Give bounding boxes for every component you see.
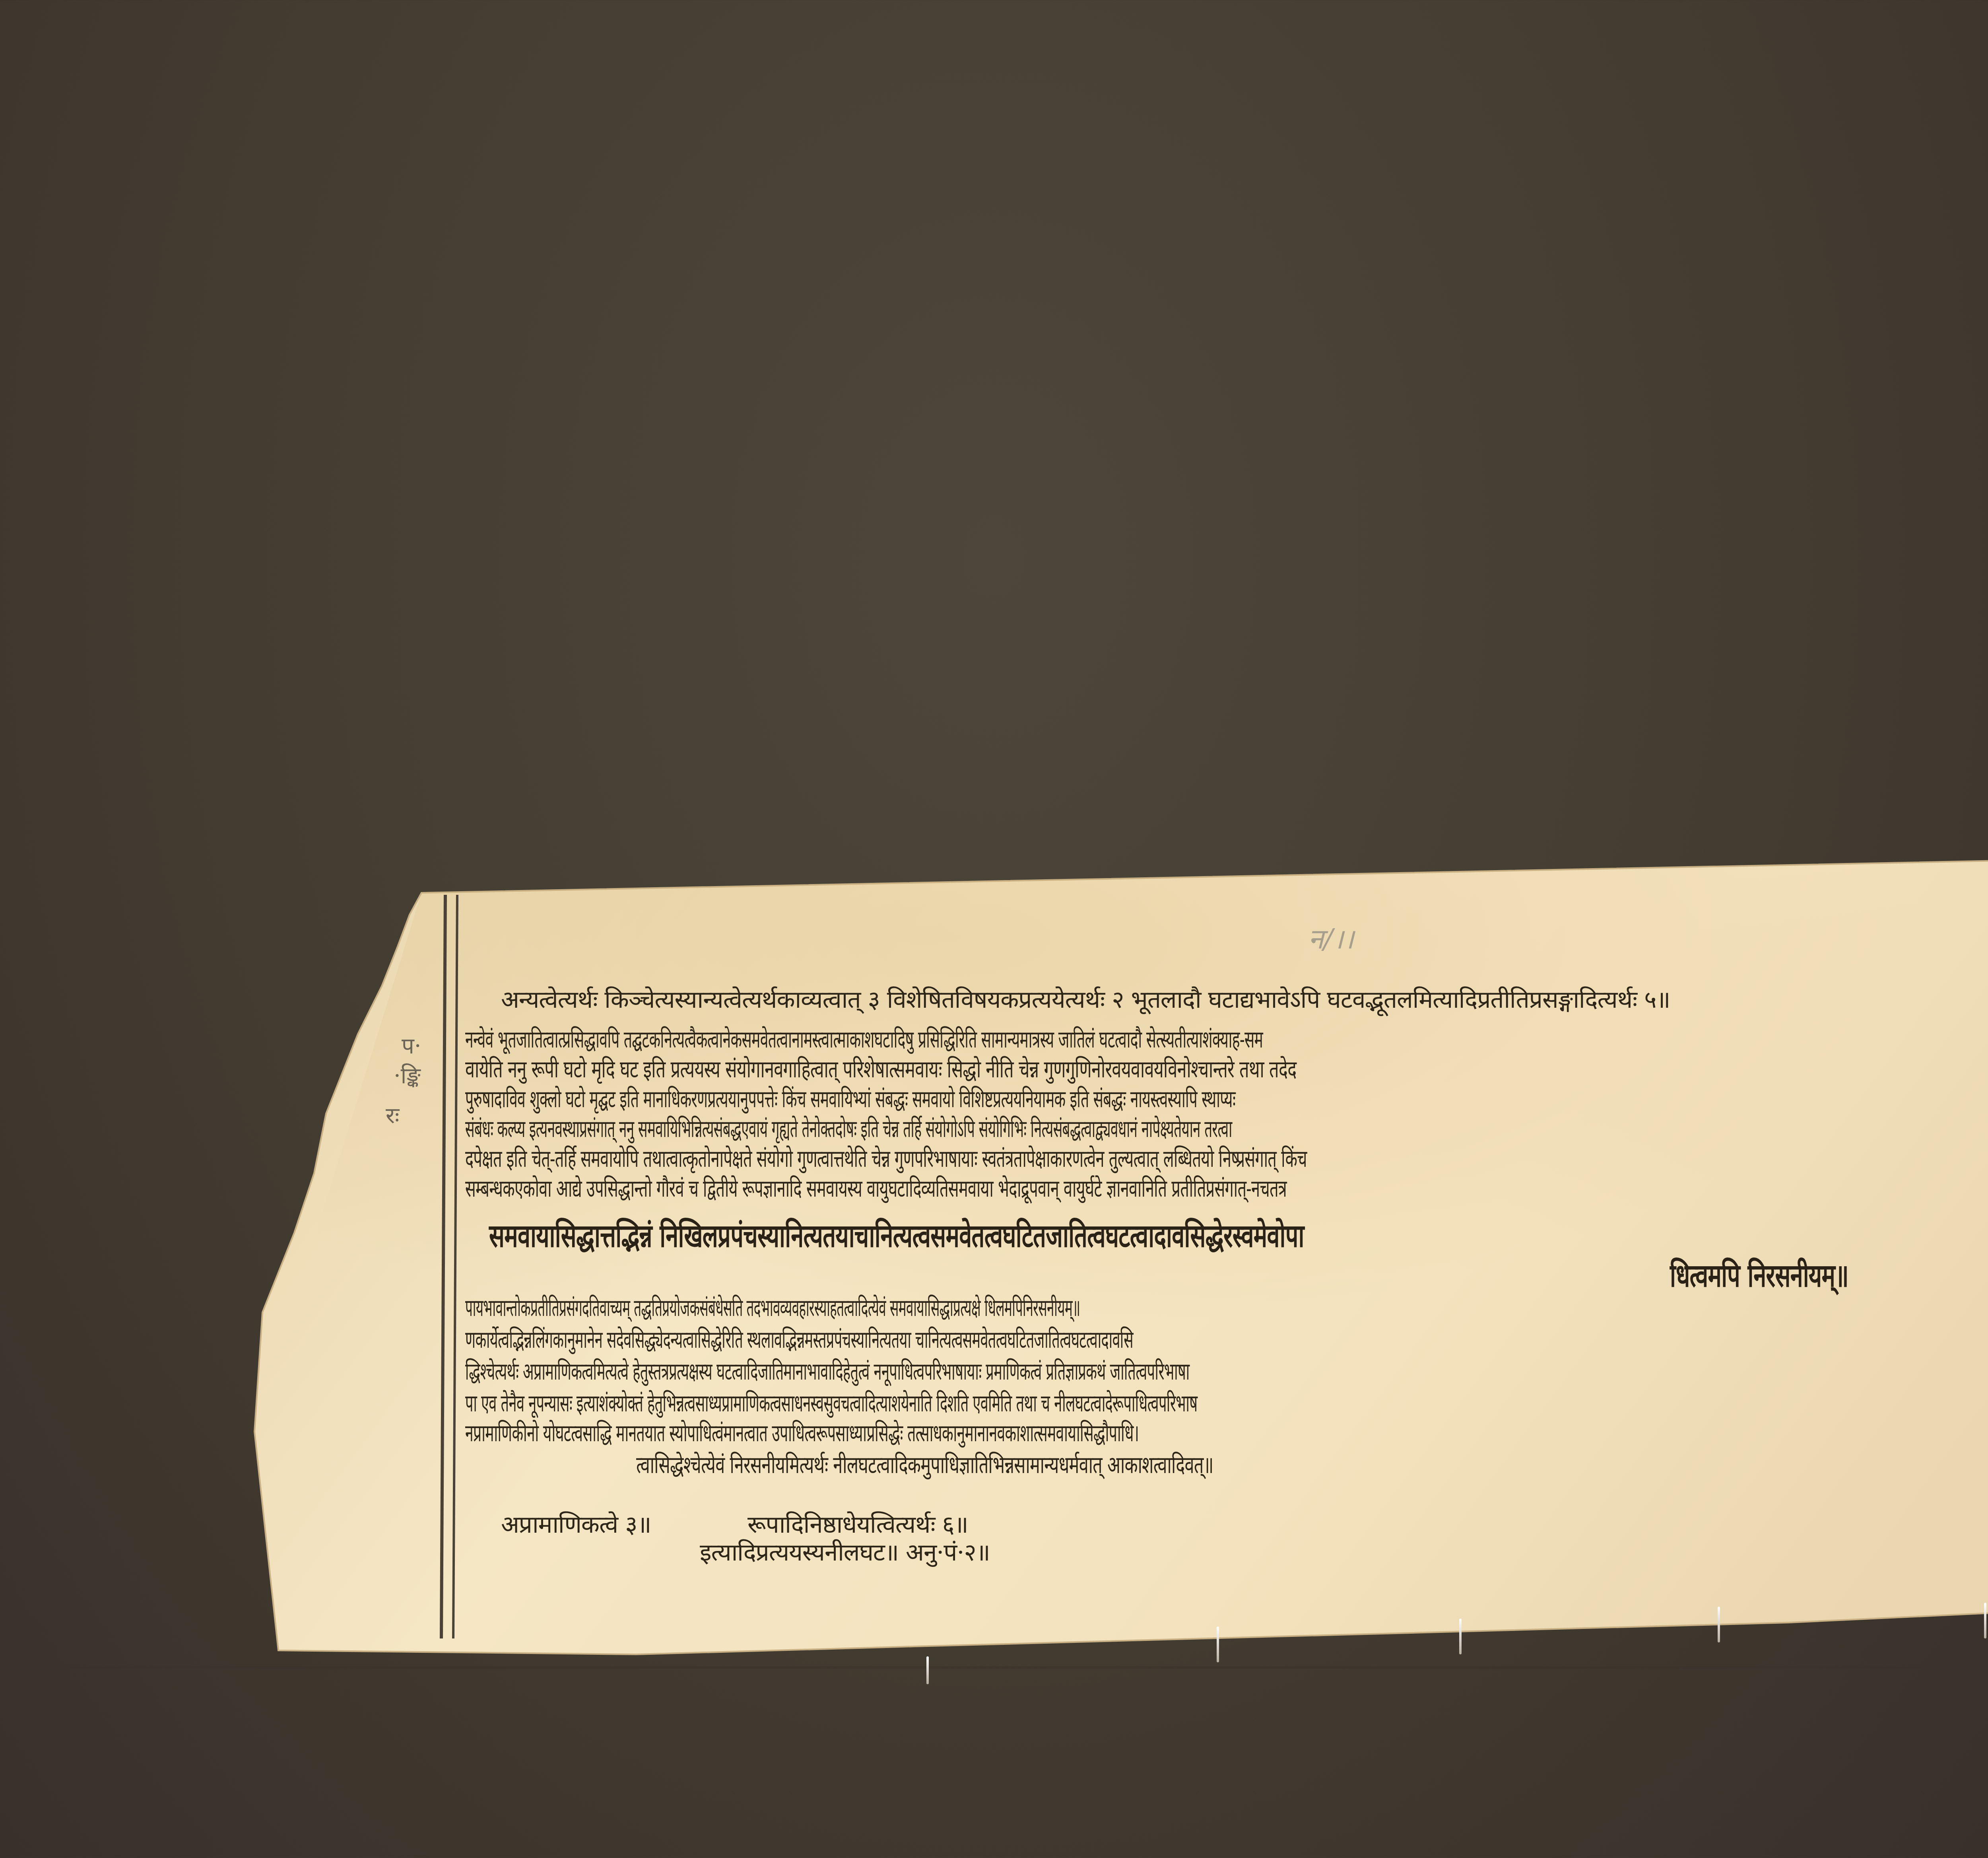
text-line: नन्वेवं भूतजातित्वात्प्रसिद्धावपि तद्घटक…	[465, 1022, 1263, 1055]
left-margin-note: ·ङ्कि	[394, 1060, 421, 1090]
footnote-left: अप्रामाणिकत्वे ३॥	[501, 1507, 651, 1540]
footnote-right-2: इत्यादिप्रत्ययस्यनीलघट॥ अनु·पं·२॥	[700, 1535, 990, 1568]
paper-shape	[0, 0, 1988, 1858]
heading-line: धित्वमपि निरसनीयम्॥	[1670, 1253, 1848, 1296]
text-line: पायभावान्तोकप्रतीतिप्रसंगदतिवाच्यम् तद्ध…	[465, 1290, 1080, 1323]
left-margin-note: प·	[402, 1030, 421, 1060]
pin	[1459, 1619, 1462, 1654]
text-line: द्धिश्चेत्यर्थः अप्रामाणिकत्वमित्यत्वे ह…	[465, 1354, 1189, 1387]
pin	[926, 1656, 929, 1684]
text-line: संबंधः कल्प्य इत्यनवस्थाप्रसंगात् ननु सम…	[465, 1112, 1232, 1144]
text-line: पुरुषादाविव शुक्लो घटो मृद्घट इति मानाधि…	[465, 1082, 1235, 1114]
pin	[1217, 1627, 1219, 1662]
text-line: पा एव तेनैव नूपन्यासः इत्याशंक्योक्तं हे…	[465, 1386, 1197, 1419]
text-line: णकार्येत्वद्भिन्नलिंगकानुमानेन सदेवसिद्ध…	[465, 1322, 1133, 1355]
text-line: नप्रामाणिकीनो योघटत्वसाद्धि मानतयात स्यो…	[465, 1416, 1139, 1448]
text-line: वायेति ननु रूपी घटो मृदि घट इति प्रत्ययस…	[465, 1052, 1296, 1084]
pin	[1718, 1607, 1720, 1642]
text-line: अन्यत्वेत्यर्थः किञ्चेत्यस्यान्यत्वेत्यर…	[501, 982, 1988, 1015]
manuscript-page: न/।। प· ·ङ्कि रः अन्यत्वेत्यर्थः किञ्चेत…	[0, 0, 1988, 1858]
left-margin-note: रः	[386, 1100, 399, 1130]
text-line: त्वासिद्धेश्चेत्येवं निरसनीयमित्यर्थः नी…	[636, 1448, 1213, 1480]
heading-line: समवायासिद्धात्तद्भिन्नं निखिलप्रपंचस्यान…	[489, 1213, 1304, 1256]
pin	[1984, 1603, 1986, 1638]
pencil-mark: न/।।	[1308, 919, 1354, 957]
text-line: सम्बन्धकएकोवा आद्ये उपसिद्धान्तो गौरवं च…	[465, 1171, 1287, 1204]
text-line: दपेक्षत इति चेत्-तर्हि समवायोपि तथात्वात…	[465, 1141, 1307, 1174]
